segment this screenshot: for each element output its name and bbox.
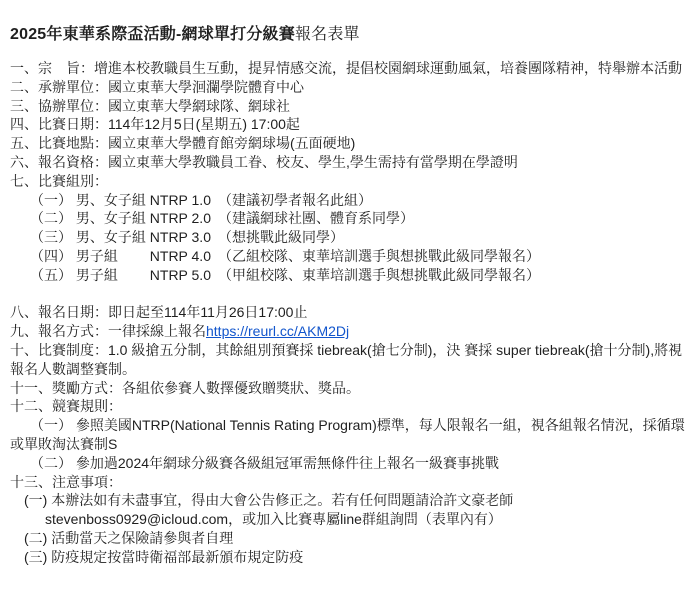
line-purpose: 一、宗 旨：增進本校教職員生互動，提昇情感交流，提倡校園網球運動風氣，培養團隊精…	[10, 59, 692, 78]
line-eligibility: 六、報名資格：國立東華大學教職員工眷、校友、學生,學生需持有當學期在學證明	[10, 153, 692, 172]
registration-link[interactable]: https://reurl.cc/AKM2Dj	[206, 323, 349, 339]
registration-method-text: 九、報名方式：一律採線上報名	[10, 323, 206, 339]
note-item-amendments: (一) 本辦法如有未盡事宜，得由大會公告修正之。若有任何問題請洽許文豪老師	[24, 491, 692, 510]
line-co-organizer: 三、協辦單位：國立東華大學網球隊、網球社	[10, 97, 692, 116]
line-awards: 十一、獎勵方式：各組依參賽人數擇優致贈獎狀、獎品。	[10, 379, 692, 398]
division-item-ntrp2: （二） 男、女子組 NTRP 2.0 （建議網球社團、體育系同學）	[30, 209, 692, 228]
division-item-ntrp4: （四） 男子組 NTRP 4.0 （乙組校隊、東華培訓選手與想挑戰此級同學報名）	[30, 247, 692, 266]
division-item-ntrp3: （三） 男、女子組 NTRP 3.0 （想挑戰此級同學）	[30, 228, 692, 247]
line-registration-method: 九、報名方式：一律採線上報名https://reurl.cc/AKM2Dj	[10, 322, 692, 341]
line-match-format: 十、比賽制度：1.0 級搶五分制，其餘組別預賽採 tiebreak(搶七分制)，…	[10, 341, 692, 379]
line-rules-header: 十二、競賽規則：	[10, 397, 692, 416]
rule-item-ntrp-standard: （一） 參照美國NTRP(National Tennis Rating Prog…	[10, 416, 692, 454]
rule-item-2024-champions: （二） 參加過2024年網球分級賽各級組冠軍需無條件往上報名一級賽事挑戰	[10, 454, 692, 473]
page-title-bold: 2025年東華系際盃活動-網球單打分級賽	[10, 26, 295, 43]
line-organizer: 二、承辦單位：國立東華大學洄瀾學院體育中心	[10, 78, 692, 97]
blank-line	[10, 285, 692, 304]
line-venue: 五、比賽地點：國立東華大學體育館旁網球場(五面硬地)	[10, 134, 692, 153]
note-item-insurance: (二) 活動當天之保險請參與者自理	[24, 529, 692, 548]
line-divisions-header: 七、比賽組別：	[10, 172, 692, 191]
note-item-contact-email: stevenboss0929@icloud.com，或加入比賽專屬line群組詢…	[45, 510, 692, 529]
division-item-ntrp1: （一） 男、女子組 NTRP 1.0 （建議初學者報名此組）	[30, 191, 692, 210]
line-notes-header: 十三、注意事項：	[10, 473, 692, 492]
line-match-date: 四、比賽日期：114年12月5日(星期五) 17:00起	[10, 115, 692, 134]
division-item-ntrp5: （五） 男子組 NTRP 5.0 （甲組校隊、東華培訓選手與想挑戰此級同學報名）	[30, 266, 692, 285]
page-title: 2025年東華系際盃活動-網球單打分級賽報名表單	[10, 24, 692, 46]
note-item-epidemic-rules: (三) 防疫規定按當時衛福部最新頒布規定防疫	[24, 548, 692, 567]
page-title-regular: 報名表單	[295, 26, 360, 43]
document-page: 2025年東華系際盃活動-網球單打分級賽報名表單 一、宗 旨：增進本校教職員生互…	[0, 0, 700, 596]
line-registration-deadline: 八、報名日期：即日起至114年11月26日17:00止	[10, 303, 692, 322]
